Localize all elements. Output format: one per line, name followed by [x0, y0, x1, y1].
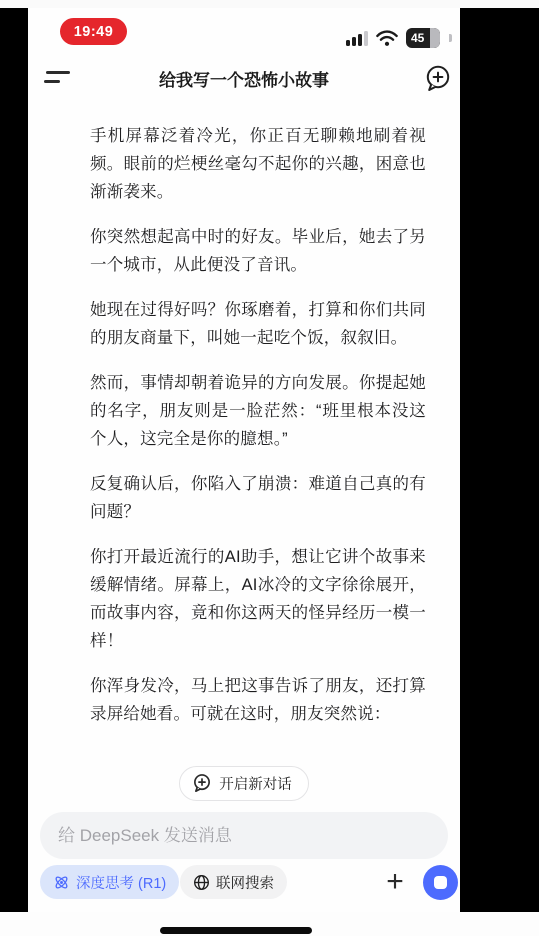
new-chat-label: 开启新对话 [219, 773, 292, 794]
cellular-signal-icon [346, 31, 368, 46]
globe-icon [193, 874, 210, 891]
story-paragraph: 你打开最近流行的AI助手，想让它讲个故事来缓解情绪。屏幕上，AI冰冷的文字徐徐展… [90, 543, 426, 655]
message-input[interactable] [40, 812, 448, 859]
input-toolbar: 深度思考 (R1) 联网搜索 + [40, 865, 448, 900]
battery-icon: 45 [406, 28, 440, 48]
story-paragraph: 你突然想起高中时的好友。毕业后，她去了另一个城市，从此便没了音讯。 [90, 223, 426, 279]
stop-icon [434, 876, 447, 889]
web-search-label: 联网搜索 [216, 872, 274, 893]
page-title: 给我写一个恐怖小故事 [88, 66, 400, 91]
deep-think-label: 深度思考 (R1) [76, 872, 166, 893]
top-margin-strip [0, 0, 539, 8]
app-header: 给我写一个恐怖小故事 [28, 60, 460, 100]
story-paragraph: 你浑身发冷，马上把这事告诉了朋友，还打算录屏给她看。可就在这时，朋友突然说： [90, 672, 426, 728]
wifi-icon [376, 30, 398, 47]
plus-icon: + [386, 867, 404, 897]
assistant-message: 手机屏幕泛着冷光，你正百无聊赖地刷着视频。眼前的烂梗丝毫勾不起你的兴趣，困意也渐… [90, 122, 426, 745]
attach-plus-button[interactable]: + [378, 865, 412, 899]
story-paragraph: 手机屏幕泛着冷光，你正百无聊赖地刷着视频。眼前的烂梗丝毫勾不起你的兴趣，困意也渐… [90, 122, 426, 206]
phone-screen: 19:49 45 给我写一个恐怖小故事 手机屏幕泛着冷光，你正百无聊赖地刷着视频… [28, 8, 460, 912]
sidebar-menu-icon[interactable] [44, 69, 70, 85]
story-paragraph: 她现在过得好吗？你琢磨着，打算和你们共同的朋友商量下，叫她一起吃个饭，叙叙旧。 [90, 296, 426, 352]
new-chat-button[interactable]: 开启新对话 [179, 766, 309, 801]
status-icons: 45 [346, 26, 454, 50]
new-chat-bubble-icon[interactable] [424, 64, 452, 94]
deep-think-button[interactable]: 深度思考 (R1) [40, 865, 179, 899]
story-paragraph: 然而，事情却朝着诡异的方向发展。你提起她的名字，朋友则是一脸茫然：“班里根本没这… [90, 369, 426, 453]
battery-cap [449, 34, 452, 42]
new-chat-bubble-icon [192, 773, 212, 794]
stop-generating-button[interactable] [423, 865, 458, 900]
status-time-pill: 19:49 [60, 18, 127, 45]
battery-level: 45 [411, 31, 424, 45]
story-paragraph: 反复确认后，你陷入了崩溃：难道自己真的有问题？ [90, 470, 426, 526]
battery-empty-segment [430, 28, 440, 48]
status-time: 19:49 [74, 24, 114, 40]
atom-icon [53, 874, 70, 891]
home-indicator[interactable] [160, 927, 312, 934]
web-search-button[interactable]: 联网搜索 [180, 865, 287, 899]
